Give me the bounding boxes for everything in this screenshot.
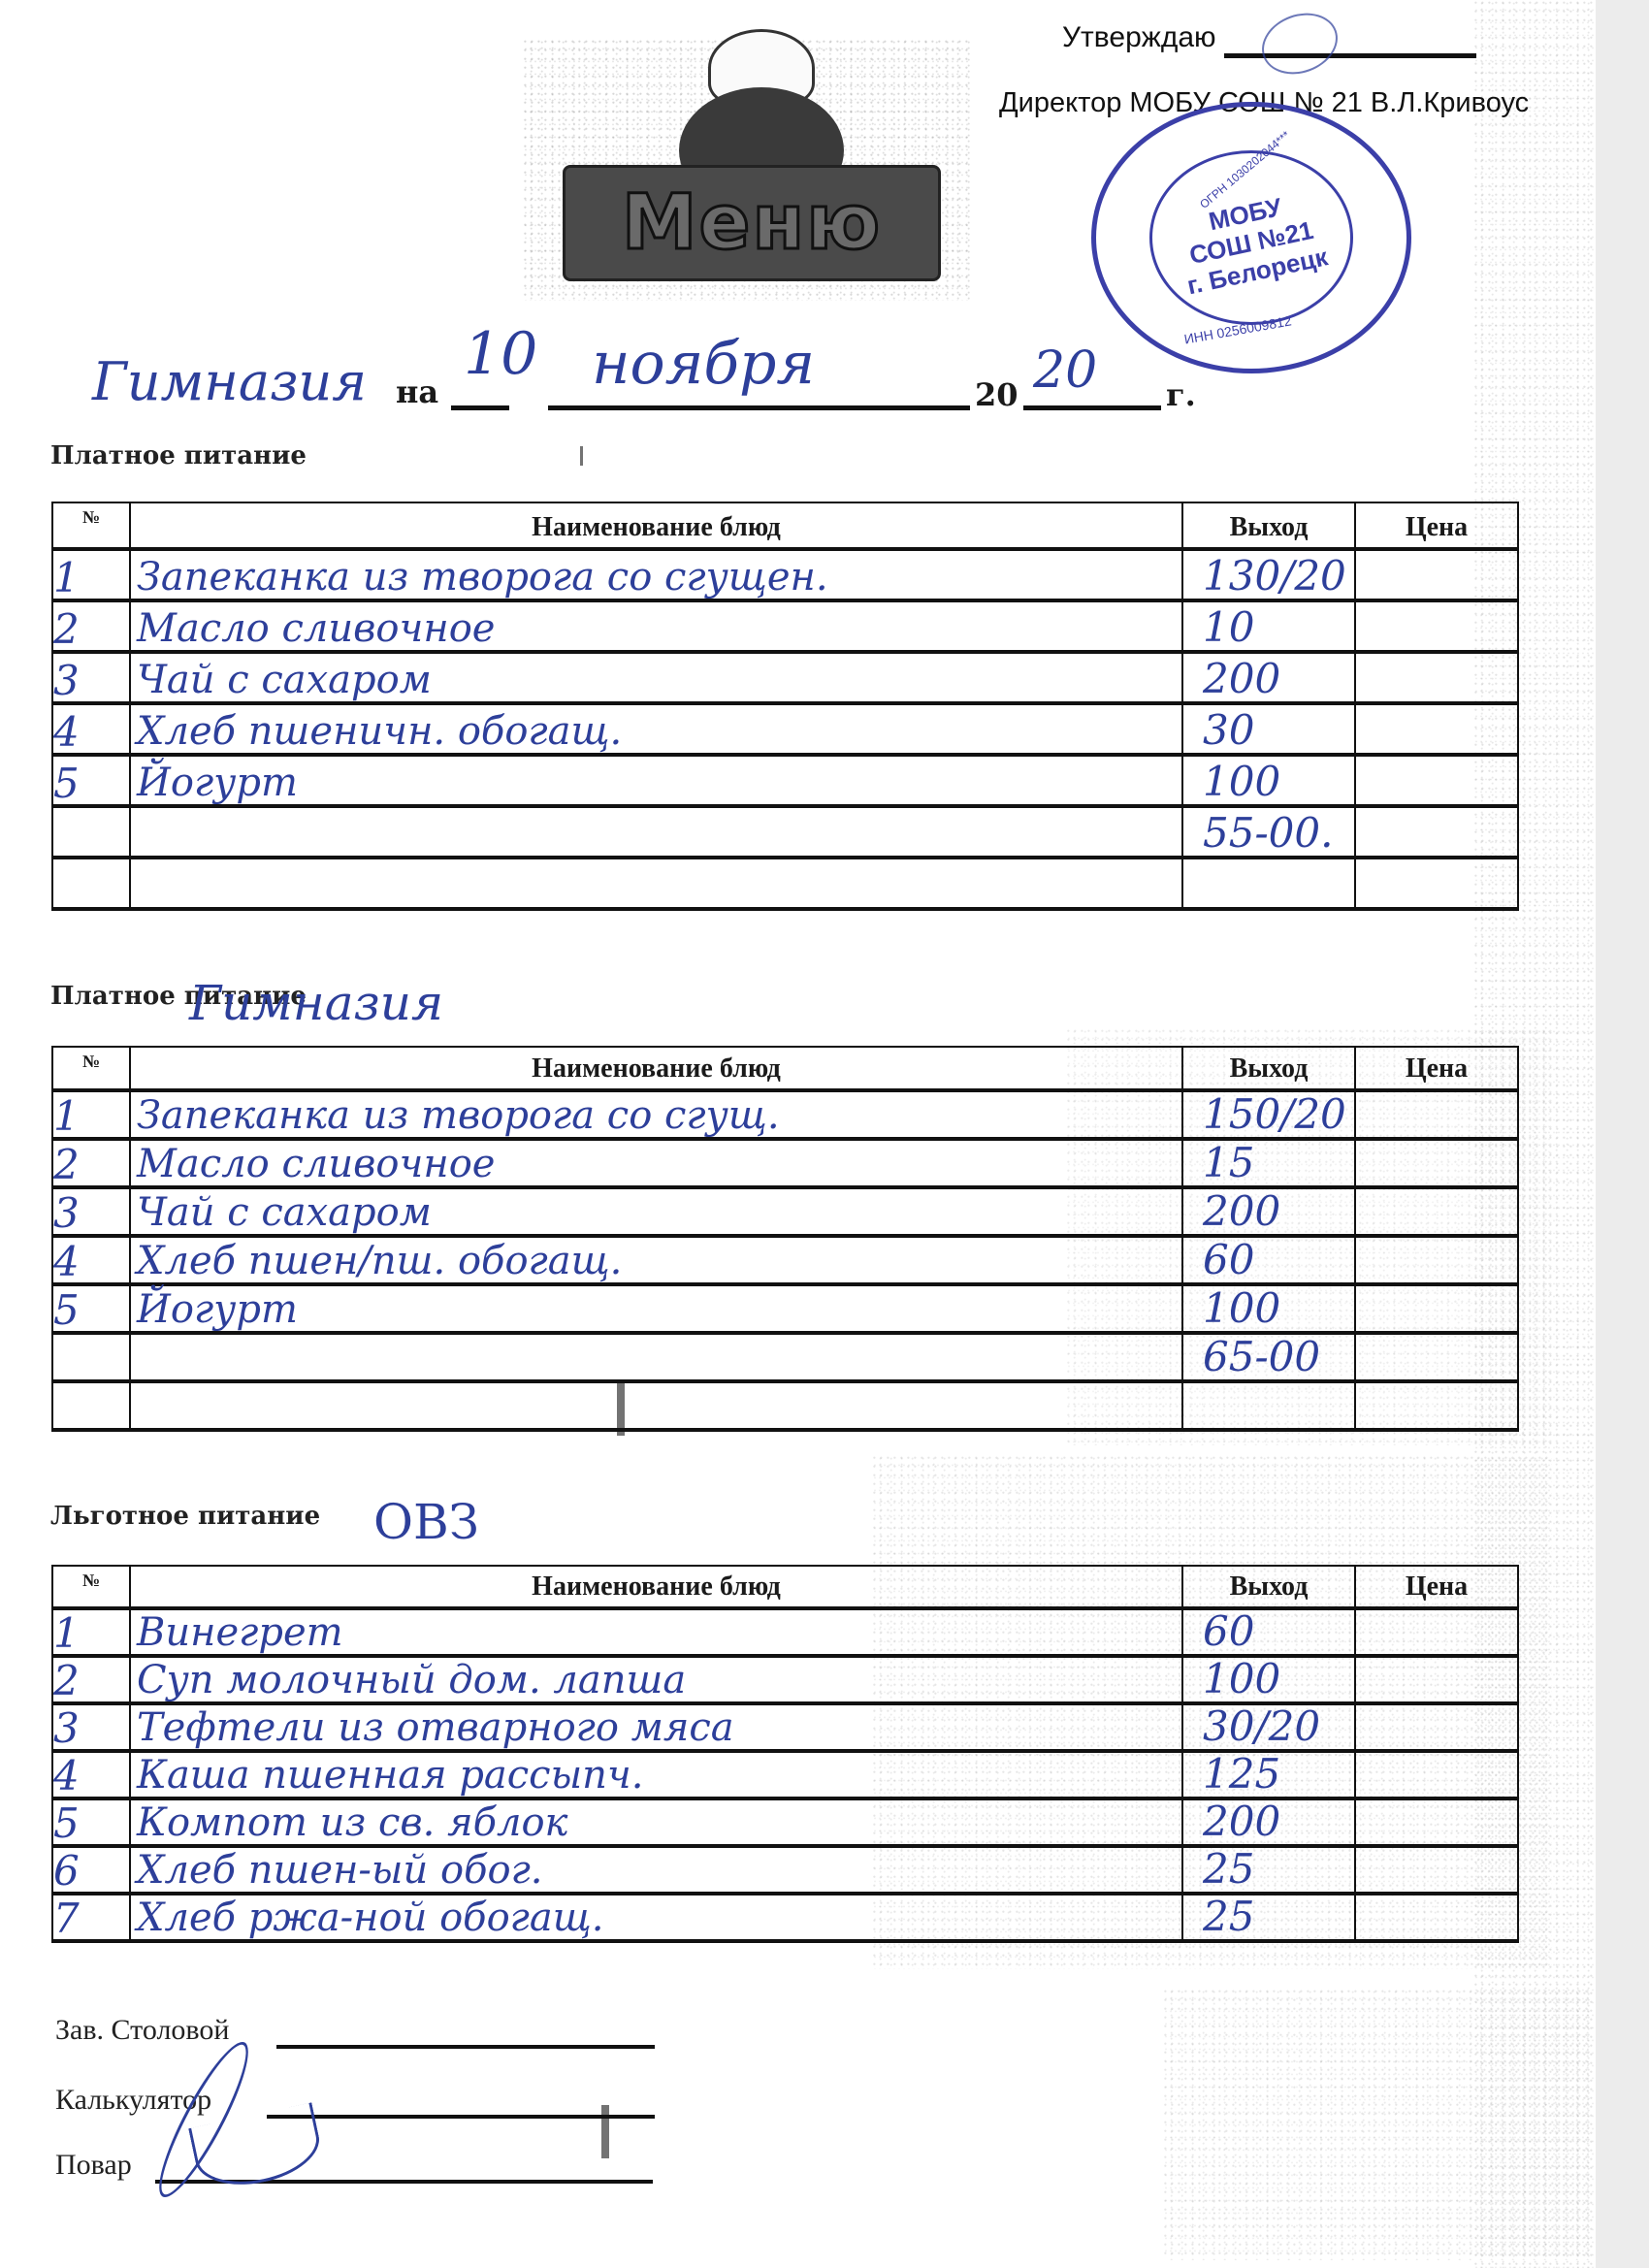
row-number-cell: 2 <box>52 1656 130 1703</box>
output-cell: 60 <box>1182 1236 1355 1284</box>
dish-name: Йогурт <box>137 763 298 802</box>
output-cell <box>1182 858 1355 909</box>
table-row: 5Компот из св. яблок200 <box>52 1798 1518 1846</box>
price-cell <box>1355 755 1518 806</box>
price-cell <box>1355 1284 1518 1333</box>
row-number-cell: 4 <box>52 1236 130 1284</box>
output-cell: 100 <box>1182 1656 1355 1703</box>
dish-name: Йогурт <box>137 1290 298 1329</box>
row-number: 6 <box>53 1851 80 1892</box>
output-cell: 200 <box>1182 1187 1355 1236</box>
dish-name: Масло сливочное <box>137 1145 495 1183</box>
dish-name: Винегрет <box>137 1613 343 1652</box>
table-row: 65-00 <box>52 1333 1518 1381</box>
output-cell: 25 <box>1182 1894 1355 1941</box>
output-cell: 150/20 <box>1182 1090 1355 1139</box>
dish-name: Запеканка из творога со сгущ. <box>137 1096 780 1135</box>
row-number-cell: 5 <box>52 755 130 806</box>
price-cell <box>1355 1656 1518 1703</box>
output-cell: 100 <box>1182 1284 1355 1333</box>
dish-name-cell: Хлеб пшеничн. обогащ. <box>130 703 1182 755</box>
output-cell: 200 <box>1182 652 1355 703</box>
dish-output: 200 <box>1203 1191 1280 1232</box>
dish-output: 60 <box>1203 1611 1254 1652</box>
row-number-cell: 2 <box>52 1139 130 1187</box>
year-prefix: 20 <box>975 376 1018 413</box>
price-cell <box>1355 1187 1518 1236</box>
official-stamp: ОГРН 1030202044*** МОБУ СОШ №21 г. Белор… <box>1091 102 1411 373</box>
price-cell <box>1355 1751 1518 1798</box>
row-number: 5 <box>53 763 80 804</box>
table-row: 1Запеканка из творога со сгущен.130/20 <box>52 549 1518 600</box>
price-cell <box>1355 652 1518 703</box>
dish-name-cell: Хлеб ржа-ной обогащ. <box>130 1894 1182 1941</box>
col-header-output: Выход <box>1182 502 1355 549</box>
dish-name: Хлеб пшен/пш. обогащ. <box>137 1242 622 1280</box>
section-note-benefit: ОВЗ <box>373 1494 479 1550</box>
table-row: 4Хлеб пшеничн. обогащ.30 <box>52 703 1518 755</box>
menu-table-benefit: № Наименование блюд Выход Цена 1Винегрет… <box>51 1565 1519 1943</box>
dish-output: 65-00 <box>1203 1337 1320 1377</box>
row-number-cell <box>52 858 130 909</box>
dish-name-cell: Чай с сахаром <box>130 652 1182 703</box>
row-number-cell <box>52 1381 130 1430</box>
output-cell: 10 <box>1182 600 1355 652</box>
row-number-cell: 5 <box>52 1798 130 1846</box>
price-cell <box>1355 1236 1518 1284</box>
row-number-cell: 5 <box>52 1284 130 1333</box>
dish-name: Тефтели из отварного мяса <box>137 1708 734 1747</box>
row-number: 1 <box>53 1096 80 1137</box>
meal-type-handwritten: Гимназия <box>92 351 367 412</box>
menu-banner: Меню <box>563 165 941 281</box>
row-number-cell: 3 <box>52 652 130 703</box>
dish-name: Каша пшенная рассыпч. <box>137 1756 644 1795</box>
row-number: 1 <box>53 1613 80 1654</box>
table-row: 4Хлеб пшен/пш. обогащ.60 <box>52 1236 1518 1284</box>
row-number-cell: 1 <box>52 549 130 600</box>
g-label: г. <box>1166 376 1196 413</box>
col-header-name: Наименование блюд <box>130 502 1182 549</box>
day-line <box>451 405 509 410</box>
dish-name: Компот из св. яблок <box>137 1803 567 1842</box>
dish-name: Чай с сахаром <box>137 1193 432 1232</box>
dish-output: 55-00. <box>1203 813 1333 854</box>
price-cell <box>1355 858 1518 909</box>
col-header-no: № <box>52 1047 130 1090</box>
na-label: на <box>396 373 438 410</box>
year-line <box>1023 405 1161 410</box>
col-header-no: № <box>52 1566 130 1608</box>
dish-name-cell <box>130 1381 1182 1430</box>
dish-output: 10 <box>1203 607 1254 648</box>
table-row: 2Масло сливочное10 <box>52 600 1518 652</box>
price-cell <box>1355 806 1518 858</box>
price-cell <box>1355 1703 1518 1751</box>
price-cell <box>1355 1090 1518 1139</box>
col-header-name: Наименование блюд <box>130 1047 1182 1090</box>
row-number-cell: 3 <box>52 1703 130 1751</box>
dish-name: Запеканка из творога со сгущен. <box>137 558 828 597</box>
scan-noise <box>1164 1989 1591 2260</box>
footer-label-canteen-head: Зав. Столовой <box>55 2014 229 2047</box>
row-number-cell: 6 <box>52 1846 130 1894</box>
section-note-paid-2: Гимназия <box>189 975 443 1031</box>
price-cell <box>1355 1608 1518 1656</box>
month-line <box>548 405 970 410</box>
menu-document-page: Утверждаю Директор МОБУ СОШ № 21 В.Л.Кри… <box>0 0 1596 2268</box>
menu-logo-text: Меню <box>622 179 882 267</box>
director-signature <box>1253 3 1346 84</box>
menu-table-paid-1: № Наименование блюд Выход Цена 1Запеканк… <box>51 502 1519 911</box>
row-number: 4 <box>53 1242 80 1282</box>
col-header-price: Цена <box>1355 1566 1518 1608</box>
output-cell: 65-00 <box>1182 1333 1355 1381</box>
dish-name: Суп молочный дом. лапша <box>137 1661 686 1700</box>
row-number-cell: 3 <box>52 1187 130 1236</box>
row-number: 4 <box>53 1756 80 1797</box>
col-header-output: Выход <box>1182 1047 1355 1090</box>
table-row <box>52 858 1518 909</box>
price-cell <box>1355 703 1518 755</box>
row-number-cell: 1 <box>52 1090 130 1139</box>
section-label-paid-1: Платное питание <box>50 441 307 470</box>
dish-output: 30 <box>1203 710 1254 751</box>
dish-name-cell: Запеканка из творога со сгущен. <box>130 549 1182 600</box>
row-number: 2 <box>53 609 80 650</box>
dish-name-cell <box>130 806 1182 858</box>
row-number: 3 <box>53 1708 80 1749</box>
output-cell: 30/20 <box>1182 1703 1355 1751</box>
row-number-cell <box>52 806 130 858</box>
price-cell <box>1355 1798 1518 1846</box>
dish-name: Хлеб пшеничн. обогащ. <box>137 712 622 751</box>
dish-name-cell: Хлеб пшен/пш. обогащ. <box>130 1236 1182 1284</box>
price-cell <box>1355 1894 1518 1941</box>
dish-name-cell <box>130 1333 1182 1381</box>
footer-label-calculator: Калькулятор <box>55 2084 211 2117</box>
row-number: 3 <box>53 1193 80 1234</box>
dish-name-cell: Суп молочный дом. лапша <box>130 1656 1182 1703</box>
dish-output: 125 <box>1203 1754 1280 1795</box>
row-number-cell: 4 <box>52 703 130 755</box>
table-row: 5Йогурт100 <box>52 1284 1518 1333</box>
row-number: 5 <box>53 1803 80 1844</box>
dish-output: 15 <box>1203 1143 1254 1183</box>
day-value: 10 <box>464 320 537 388</box>
dish-name: Чай с сахаром <box>137 661 432 699</box>
dish-name-cell <box>130 858 1182 909</box>
dish-output: 200 <box>1203 1801 1280 1842</box>
col-header-output: Выход <box>1182 1566 1355 1608</box>
price-cell <box>1355 1846 1518 1894</box>
row-number: 1 <box>53 558 80 599</box>
price-cell <box>1355 1139 1518 1187</box>
col-header-no: № <box>52 502 130 549</box>
dish-output: 100 <box>1203 1288 1280 1329</box>
row-number: 4 <box>53 712 80 753</box>
output-cell: 130/20 <box>1182 549 1355 600</box>
scan-streak <box>580 446 583 466</box>
scan-streak <box>601 2105 609 2158</box>
table-row: 2Масло сливочное15 <box>52 1139 1518 1187</box>
year-suffix: 20 <box>1033 341 1097 400</box>
dish-name-cell: Масло сливочное <box>130 1139 1182 1187</box>
dish-name-cell: Чай с сахаром <box>130 1187 1182 1236</box>
row-number-cell: 4 <box>52 1751 130 1798</box>
table-row <box>52 1381 1518 1430</box>
output-cell: 25 <box>1182 1846 1355 1894</box>
output-cell <box>1182 1381 1355 1430</box>
dish-name-cell: Масло сливочное <box>130 600 1182 652</box>
table-row: 3Тефтели из отварного мяса30/20 <box>52 1703 1518 1751</box>
dish-name-cell: Хлеб пшен-ый обог. <box>130 1846 1182 1894</box>
dish-output: 130/20 <box>1203 556 1346 597</box>
dish-output: 30/20 <box>1203 1706 1320 1747</box>
footer-label-cook: Повар <box>55 2149 132 2182</box>
output-cell: 60 <box>1182 1608 1355 1656</box>
approve-label: Утверждаю <box>1062 21 1216 54</box>
row-number: 2 <box>53 1661 80 1701</box>
dish-output: 25 <box>1203 1896 1254 1937</box>
dish-output: 150/20 <box>1203 1094 1346 1135</box>
output-cell: 30 <box>1182 703 1355 755</box>
output-cell: 55-00. <box>1182 806 1355 858</box>
price-cell <box>1355 1333 1518 1381</box>
menu-table-paid-2: № Наименование блюд Выход Цена 1Запеканк… <box>51 1046 1519 1432</box>
dish-name-cell: Йогурт <box>130 1284 1182 1333</box>
dish-name: Хлеб ржа-ной обогащ. <box>137 1898 603 1937</box>
dish-output: 200 <box>1203 659 1280 699</box>
dish-name: Хлеб пшен-ый обог. <box>137 1851 543 1890</box>
approve-signature-line <box>1224 53 1476 58</box>
row-number: 2 <box>53 1145 80 1185</box>
table-row: 1Запеканка из творога со сгущ.150/20 <box>52 1090 1518 1139</box>
output-cell: 125 <box>1182 1751 1355 1798</box>
table-row: 55-00. <box>52 806 1518 858</box>
row-number-cell: 1 <box>52 1608 130 1656</box>
dish-name-cell: Компот из св. яблок <box>130 1798 1182 1846</box>
table-row: 1Винегрет60 <box>52 1608 1518 1656</box>
col-header-price: Цена <box>1355 502 1518 549</box>
menu-logo: Меню <box>543 29 960 291</box>
output-cell: 15 <box>1182 1139 1355 1187</box>
col-header-name: Наименование блюд <box>130 1566 1182 1608</box>
table-row: 4Каша пшенная рассыпч.125 <box>52 1751 1518 1798</box>
dish-name-cell: Каша пшенная рассыпч. <box>130 1751 1182 1798</box>
col-header-price: Цена <box>1355 1047 1518 1090</box>
table-row: 7Хлеб ржа-ной обогащ.25 <box>52 1894 1518 1941</box>
table-row: 2Суп молочный дом. лапша100 <box>52 1656 1518 1703</box>
dish-output: 100 <box>1203 761 1280 802</box>
dish-name: Масло сливочное <box>137 609 495 648</box>
row-number-cell: 7 <box>52 1894 130 1941</box>
dish-name-cell: Йогурт <box>130 755 1182 806</box>
output-cell: 200 <box>1182 1798 1355 1846</box>
table-row: 3Чай с сахаром200 <box>52 652 1518 703</box>
signature-line-calculator <box>267 2115 655 2119</box>
price-cell <box>1355 549 1518 600</box>
table-row: 5Йогурт100 <box>52 755 1518 806</box>
row-number: 7 <box>53 1898 80 1939</box>
signature-line-cook <box>155 2180 653 2184</box>
row-number-cell <box>52 1333 130 1381</box>
table-row: 6Хлеб пшен-ый обог.25 <box>52 1846 1518 1894</box>
row-number-cell: 2 <box>52 600 130 652</box>
dish-name-cell: Тефтели из отварного мяса <box>130 1703 1182 1751</box>
price-cell <box>1355 1381 1518 1430</box>
row-number: 5 <box>53 1290 80 1331</box>
dish-output: 100 <box>1203 1659 1280 1700</box>
row-number: 3 <box>53 661 80 701</box>
signature-line-canteen-head <box>276 2045 655 2049</box>
dish-name-cell: Винегрет <box>130 1608 1182 1656</box>
section-label-benefit: Льготное питание <box>50 1502 320 1531</box>
table-row: 3Чай с сахаром200 <box>52 1187 1518 1236</box>
output-cell: 100 <box>1182 755 1355 806</box>
dish-name-cell: Запеканка из творога со сгущ. <box>130 1090 1182 1139</box>
dish-output: 60 <box>1203 1240 1254 1280</box>
month-value: ноября <box>592 330 815 398</box>
price-cell <box>1355 600 1518 652</box>
dish-output: 25 <box>1203 1849 1254 1890</box>
